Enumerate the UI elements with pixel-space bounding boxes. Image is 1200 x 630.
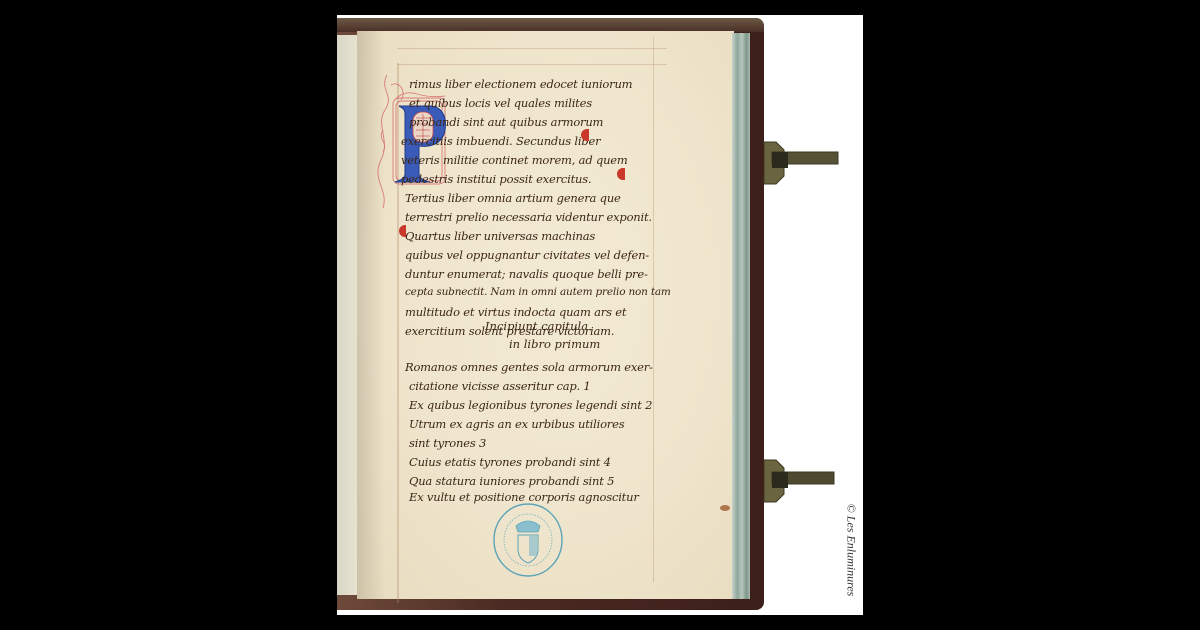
text-line: exercitiis imbuendi. Secundus liber [401, 134, 600, 148]
page-edges [732, 33, 750, 599]
text-line: cepta subnectit. Nam in omni autem preli… [405, 286, 671, 298]
chapter-line: Cuius etatis tyrones probandi sint 4 [409, 455, 611, 469]
copyright-notice: © Les Enluminures [843, 490, 859, 610]
binding-top-edge [337, 18, 764, 32]
text-line: veteris militie continet morem, ad quem [401, 153, 628, 167]
chapter-line: Romanos omnes gentes sola armorum exer- [405, 360, 653, 374]
book-clasp-upper [762, 140, 842, 186]
text-line: Quartus liber universas machinas [405, 229, 595, 243]
text-line: probandi sint aut quibus armorum [409, 115, 603, 129]
rubric-mark [617, 168, 625, 180]
ruling-line [653, 37, 654, 582]
text-line: quibus vel oppugnantur civitates vel def… [405, 248, 649, 262]
chapter-line: Qua statura iuniores probandi sint 5 [409, 474, 614, 488]
text-line: terrestri prelio necessaria videntur exp… [405, 210, 652, 224]
copyright-text: © Les Enluminures [844, 504, 859, 597]
text-line: pedestris institui possit exercitus. [401, 172, 591, 186]
text-line: duntur enumerat; navalis quoque belli pr… [405, 267, 648, 281]
chapter-heading-1: Incipiunt capitula [485, 319, 588, 333]
text-line: et quibus locis vel quales milites [409, 96, 592, 110]
image-panel: rimus liber electionem edocet iuniorum e… [337, 15, 863, 615]
chapter-line: sint tyrones 3 [409, 436, 486, 450]
chapter-line: Ex quibus legionibus tyrones legendi sin… [409, 398, 652, 412]
ruling-line [397, 64, 667, 65]
text-line: rimus liber electionem edocet iuniorum [409, 77, 632, 91]
text-line: Tertius liber omnia artium genera que [405, 191, 621, 205]
gutter-leaf [337, 35, 359, 595]
page-stain [720, 505, 730, 511]
ruling-line [397, 48, 667, 49]
library-stamp [492, 502, 564, 578]
rubric-mark [399, 225, 406, 237]
chapter-line: Utrum ex agris an ex urbibus utiliores [409, 417, 624, 431]
rubric-mark [581, 129, 589, 141]
chapter-line: citatione vicisse asseritur cap. 1 [409, 379, 591, 393]
text-line: multitudo et virtus indocta quam ars et [405, 305, 626, 319]
chapter-heading-2: in libro primum [509, 337, 600, 351]
book-clasp-lower [762, 458, 838, 504]
